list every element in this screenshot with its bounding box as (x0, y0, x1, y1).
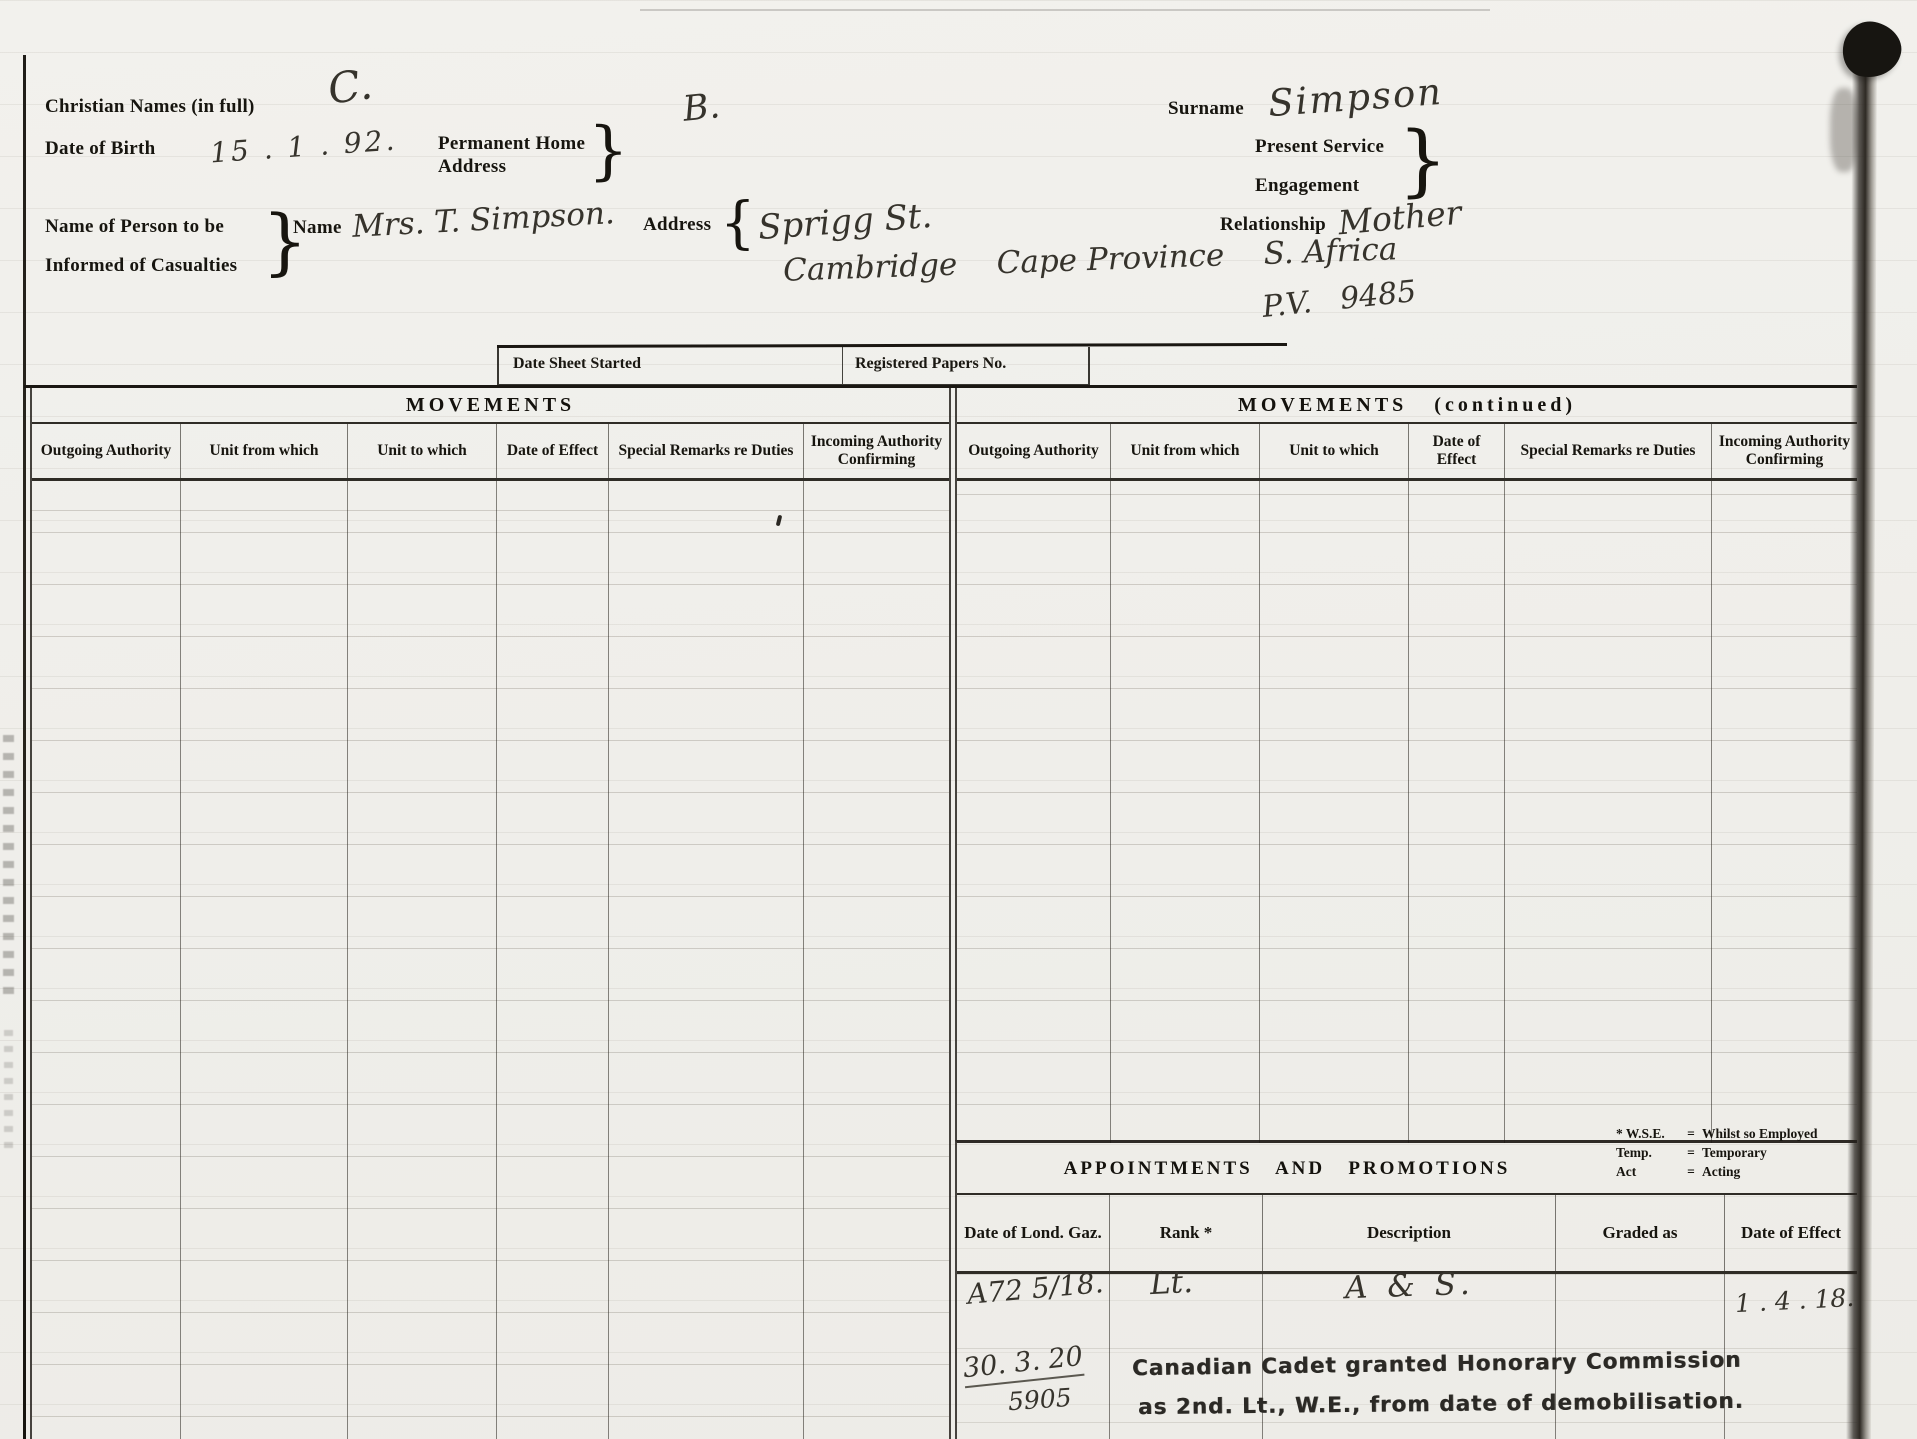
next-of-kin-address-label: Address (643, 214, 711, 236)
person-informed-label-line2: Informed of Casualties (45, 255, 237, 277)
left-margin-print-smudge-2 (4, 1030, 13, 1150)
legend-row-temp: Temp. = Temporary (1616, 1143, 1856, 1162)
movements-right-col-date-of-effect: Date of Effect (1409, 424, 1505, 478)
movements-left-col-incoming-authority: Incoming Authority Confirming (804, 424, 949, 478)
scan-scratch (640, 9, 1490, 11)
person-informed-label-line1: Name of Person to be (45, 216, 224, 238)
movements-left-vline-3 (496, 481, 497, 1439)
appointments-col-description: Description (1263, 1195, 1556, 1271)
top-right-corner-blot (1838, 17, 1906, 84)
movements-right-col-outgoing-authority: Outgoing Authority (957, 424, 1111, 478)
next-of-kin-address-brace: { (720, 198, 756, 250)
movements-right-col-unit-to: Unit to which (1260, 424, 1409, 478)
appointments-vline-1 (1109, 1274, 1110, 1439)
permanent-home-label-line2: Address (438, 156, 506, 178)
appointments-title: APPOINTMENTS AND PROMOTIONS (957, 1158, 1617, 1180)
legend-row-wse: * W.S.E. = Whilst so Employed (1616, 1124, 1856, 1143)
relationship-label: Relationship (1220, 214, 1326, 236)
engagement-label: Engagement (1255, 175, 1359, 197)
legend-temp-abbr: Temp. (1616, 1143, 1680, 1162)
movements-right-col-unit-from: Unit from which (1111, 424, 1260, 478)
movements-left-vline-1 (180, 481, 181, 1439)
movements-right-vline-1 (1110, 481, 1111, 1143)
legend-row-act: Act = Acting (1616, 1162, 1856, 1181)
movements-table-right: MOVEMENTS (continued) Outgoing Authority… (955, 388, 1857, 1140)
christian-name-first-value: C. (325, 59, 375, 114)
appointments-col-graded-as: Graded as (1556, 1195, 1725, 1271)
date-of-birth-label: Date of Birth (45, 138, 156, 160)
movements-right-header-row: Outgoing Authority Unit from which Unit … (957, 424, 1857, 481)
permanent-home-brace: } (588, 122, 629, 181)
movements-right-vline-5 (1711, 481, 1712, 1143)
movements-left-vline-4 (608, 481, 609, 1439)
christian-name-second-value: B. (681, 86, 722, 130)
date-sheet-started-label: Date Sheet Started (513, 355, 641, 373)
movements-left-col-unit-from: Unit from which (181, 424, 348, 478)
next-of-kin-name-value: Mrs. T. Simpson. (351, 195, 615, 245)
legend-wse-meaning: Whilst so Employed (1702, 1124, 1818, 1143)
appointment-row1-description-value: A & S. (1344, 1266, 1475, 1307)
christian-names-label: Christian Names (in full) (45, 96, 255, 118)
movements-right-title: MOVEMENTS (continued) (957, 388, 1857, 424)
movements-left-vline-5 (803, 481, 804, 1439)
movements-right-vline-3 (1408, 481, 1409, 1143)
right-edge-smudge (1830, 88, 1858, 172)
movements-left-header-row: Outgoing Authority Unit from which Unit … (32, 424, 949, 481)
appointments-legend: * W.S.E. = Whilst so Employed Temp. = Te… (1616, 1124, 1856, 1181)
movements-left-col-date-of-effect: Date of Effect (497, 424, 609, 478)
movements-left-title: MOVEMENTS (32, 388, 949, 424)
legend-act-abbr: Act (1616, 1162, 1680, 1181)
appointment-row1-rank-value: Lt. (1149, 1264, 1194, 1302)
legend-wse-abbr: * W.S.E. (1616, 1124, 1680, 1143)
movements-left-col-outgoing-authority: Outgoing Authority (32, 424, 181, 478)
next-of-kin-address-line1: Sprigg St. (757, 196, 934, 248)
legend-wse-eq: = (1680, 1124, 1702, 1143)
right-page-edge-band (1846, 56, 1877, 1439)
date-of-birth-value: 15 . 1 . 92. (209, 124, 398, 170)
movements-right-col-incoming-authority: Incoming Authority Confirming (1712, 424, 1857, 478)
movements-right-body (957, 481, 1857, 1143)
date-sheet-box: Date Sheet Started Registered Papers No. (497, 347, 1090, 386)
legend-temp-eq: = (1680, 1143, 1702, 1162)
appointments-col-rank: Rank * (1110, 1195, 1263, 1271)
appointments-col-date-lond-gaz: Date of Lond. Gaz. (957, 1195, 1110, 1271)
legend-act-eq: = (1680, 1162, 1702, 1181)
legend-act-meaning: Acting (1702, 1162, 1740, 1181)
permanent-home-label-line1: Permanent Home (438, 133, 585, 155)
registered-papers-reference-value: P.V. 9485 (1261, 274, 1418, 325)
movements-left-vline-2 (347, 481, 348, 1439)
appointments-col-date-of-effect: Date of Effect (1725, 1195, 1857, 1271)
movements-left-col-unit-to: Unit to which (348, 424, 497, 478)
present-service-label: Present Service (1255, 136, 1384, 158)
next-of-kin-name-label: Name (293, 217, 342, 239)
appointment-row2-gazette-number-value: 5905 (1007, 1383, 1072, 1416)
movements-right-vline-2 (1259, 481, 1260, 1143)
movements-right-col-special-remarks: Special Remarks re Duties (1505, 424, 1712, 478)
present-service-brace: } (1398, 126, 1448, 198)
appointments-header-row: Date of Lond. Gaz. Rank * Description Gr… (957, 1195, 1857, 1274)
date-sheet-box-divider (842, 347, 843, 384)
movements-left-col-special-remarks: Special Remarks re Duties (609, 424, 804, 478)
left-margin-print-smudge (3, 735, 14, 1005)
legend-temp-meaning: Temporary (1702, 1143, 1767, 1162)
movements-table-left: MOVEMENTS Outgoing Authority Unit from w… (30, 388, 951, 1439)
movements-right-vline-4 (1504, 481, 1505, 1143)
surname-label: Surname (1168, 98, 1244, 120)
left-page-edge-line (23, 55, 26, 1439)
registered-papers-label: Registered Papers No. (855, 355, 1006, 373)
movements-left-body (32, 481, 949, 1439)
relationship-value: Mother (1337, 193, 1463, 243)
scanned-service-record-page: Christian Names (in full) C. B. Surname … (0, 0, 1917, 1439)
